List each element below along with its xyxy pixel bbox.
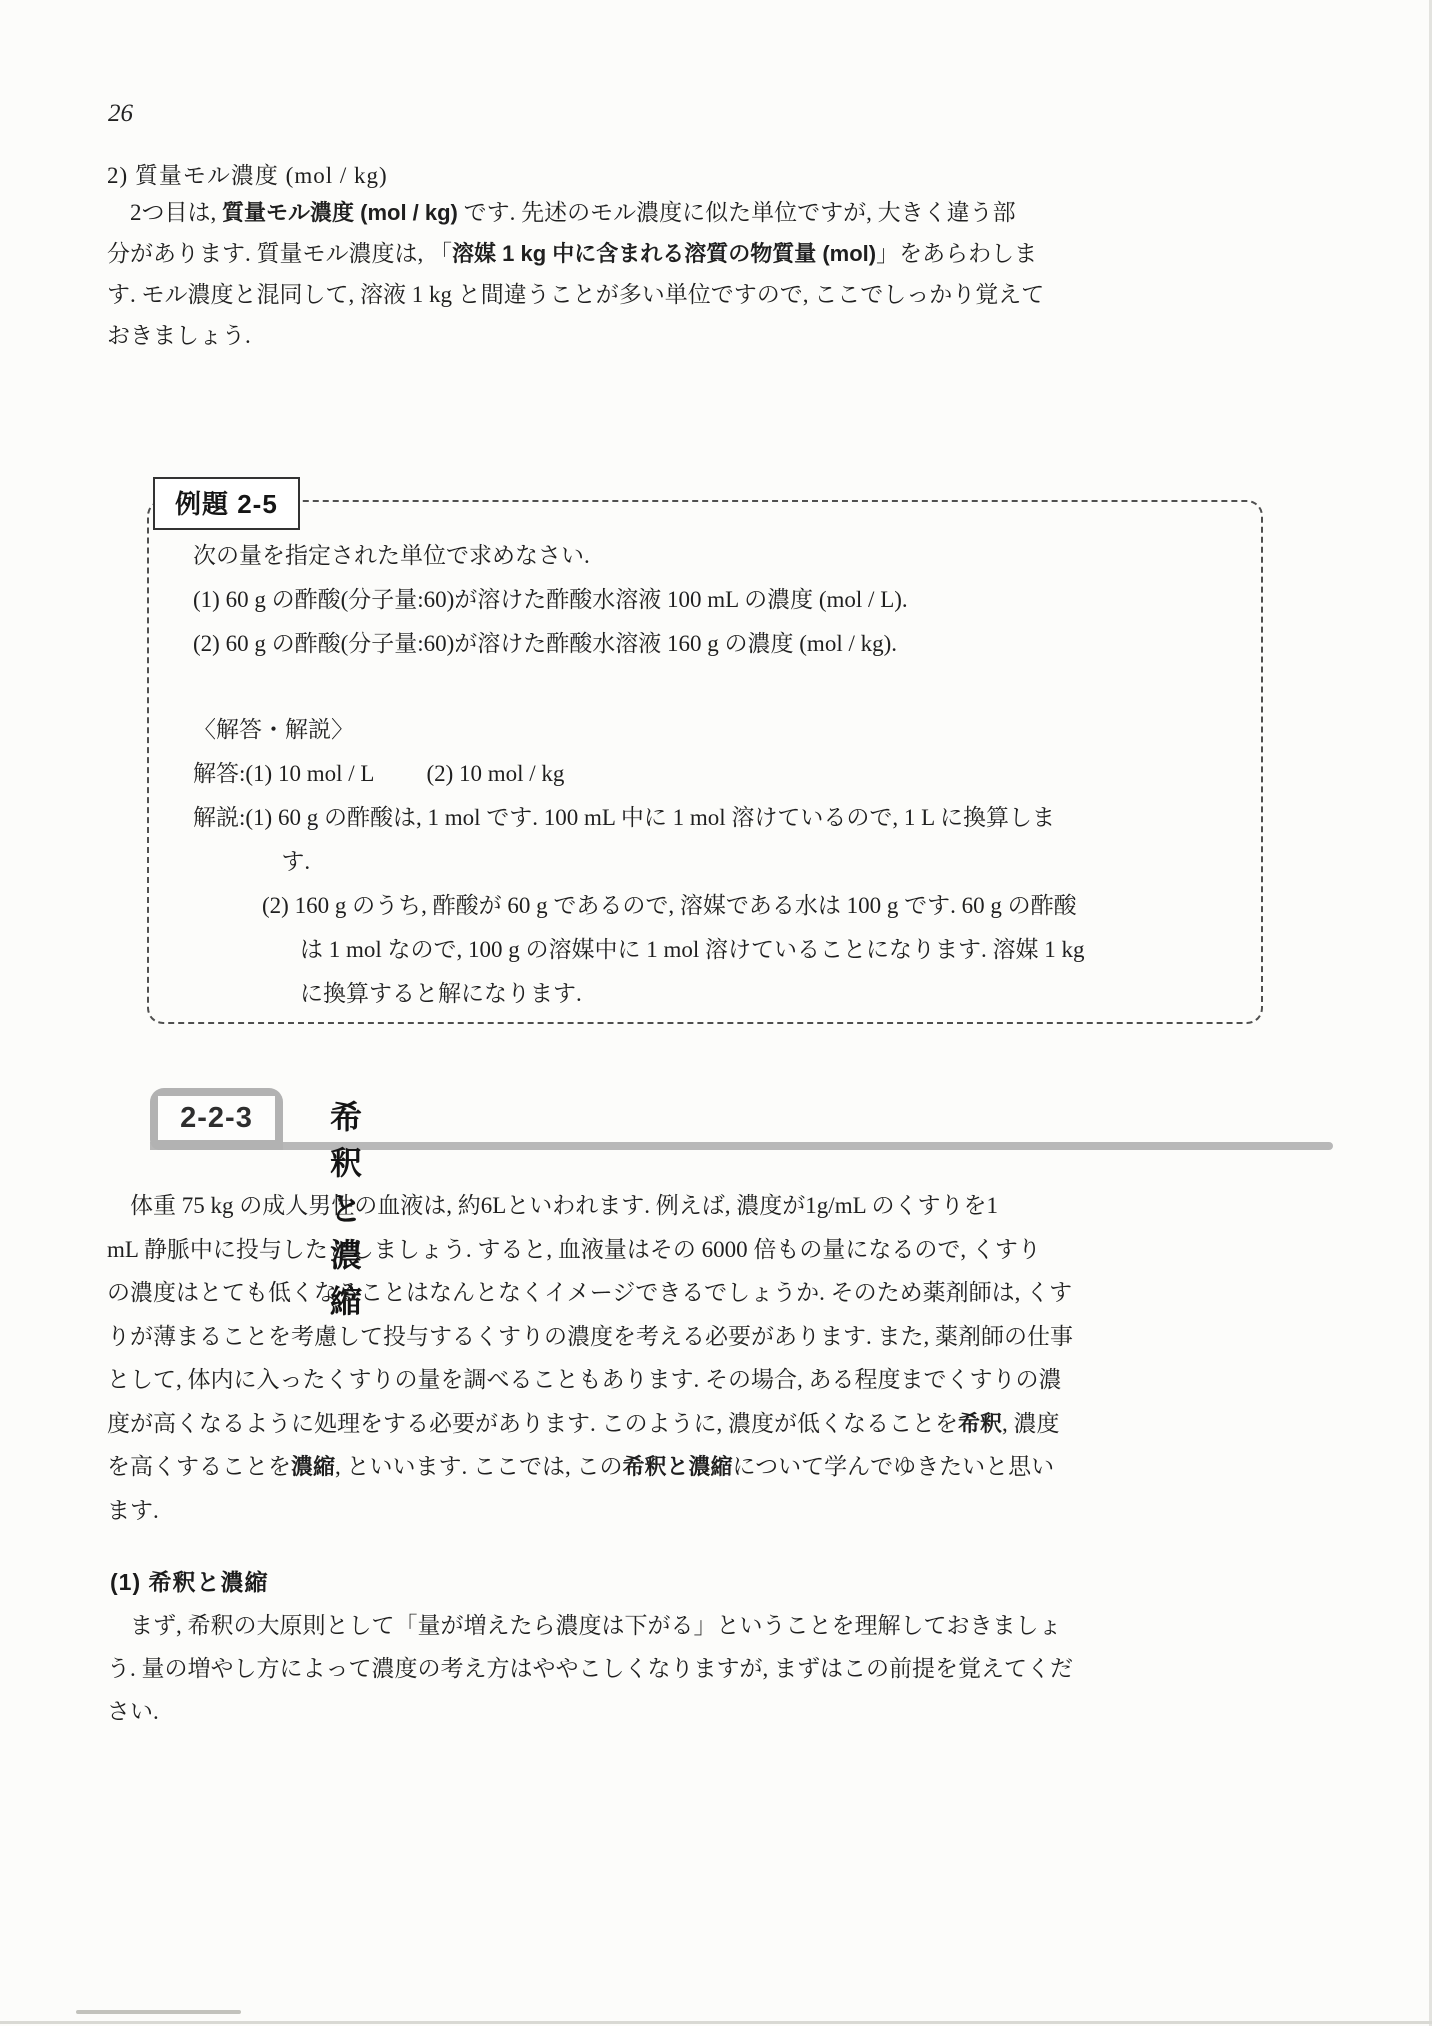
text-line: として, 体内に入ったくすりの量を調べることもあります. その場合, ある程度ま…: [107, 1358, 1337, 1402]
example-box-body: 次の量を指定された単位で求めなさい. (1) 60 g の酢酸(分子量:60)が…: [193, 534, 1225, 1016]
text-line: (1) 60 g の酢酸は, 1 mol です. 100 mL 中に 1 mol…: [245, 796, 1055, 840]
molality-heading: 2) 質量モル濃度 (mol / kg): [107, 157, 388, 190]
dilution-paragraph: 体重 75 kg の成人男性の血液は, 約6Lといわれます. 例えば, 濃度が1…: [107, 1184, 1337, 1532]
answer-1: (1) 10 mol / L: [245, 752, 374, 796]
text-line: (2) 160 g のうち, 酢酸が 60 g であるので, 溶媒である水は 1…: [262, 884, 1225, 928]
text-line: に換算すると解になります.: [300, 972, 1225, 1016]
answer-label: 解答:: [193, 752, 245, 796]
molality-paragraph: 2つ目は, 質量モル濃度 (mol / kg) です. 先述のモル濃度に似た単位…: [107, 192, 1337, 356]
text-line: さい.: [107, 1690, 1337, 1733]
example-box-2-5: 例題 2-5 次の量を指定された単位で求めなさい. (1) 60 g の酢酸(分…: [147, 500, 1263, 1024]
subsection-heading: (1) 希釈と濃縮: [110, 1564, 269, 1597]
text-line: りが薄まることを考慮して投与するくすりの濃度を考える必要があります. また, 薬…: [107, 1315, 1337, 1359]
example-question-2: (2) 60 g の酢酸(分子量:60)が溶けた酢酸水溶液 160 g の濃度 …: [193, 622, 1225, 666]
textbook-page: 26 2) 質量モル濃度 (mol / kg) 2つ目は, 質量モル濃度 (mo…: [0, 0, 1432, 2026]
text-line: う. 量の増やし方によって濃度の考え方はややこしくなりますが, まずはこの前提を…: [107, 1647, 1337, 1690]
page-number: 26: [108, 100, 133, 128]
section-number-badge: 2-2-3: [150, 1088, 283, 1150]
text-line: す. モル濃度と混同して, 溶液 1 kg と間違うことが多い単位ですので, こ…: [107, 274, 1337, 315]
text-line: ます.: [107, 1489, 1337, 1533]
page-edge-shadow-bottom: [0, 2021, 1432, 2024]
explanation-label: 解説:: [193, 796, 245, 840]
answer-2: (2) 10 mol / kg: [426, 752, 564, 796]
text-line: の濃度はとても低くなることはなんとなくイメージできるでしょうか. そのため薬剤師…: [107, 1271, 1337, 1315]
section-underline: [150, 1142, 1333, 1150]
text-line: す.: [281, 840, 1055, 884]
text-line: 度が高くなるように処理をする必要があります. このように, 濃度が低くなることを…: [107, 1402, 1337, 1446]
text-line: 体重 75 kg の成人男性の血液は, 約6Lといわれます. 例えば, 濃度が1…: [107, 1184, 1337, 1228]
text-line: は 1 mol なので, 100 g の溶媒中に 1 mol 溶けていることにな…: [300, 928, 1225, 972]
text-line: を高くすることを濃縮, といいます. ここでは, この希釈と濃縮について学んでゆ…: [107, 1445, 1337, 1489]
text-line: mL 静脈中に投与したとしましょう. すると, 血液量はその 6000 倍もの量…: [107, 1228, 1337, 1272]
explanation-2: (2) 160 g のうち, 酢酸が 60 g であるので, 溶媒である水は 1…: [262, 884, 1225, 1016]
solution-header: 〈解答・解説〉: [193, 708, 1225, 752]
example-label: 例題 2-5: [153, 477, 300, 530]
text-line: まず, 希釈の大原則として「量が増えたら濃度は下がる」ということを理解しておきま…: [107, 1604, 1337, 1647]
text-line: 分があります. 質量モル濃度は, 「溶媒 1 kg 中に含まれる溶質の物質量 (…: [107, 233, 1337, 274]
text-line: 2つ目は, 質量モル濃度 (mol / kg) です. 先述のモル濃度に似た単位…: [107, 192, 1337, 233]
explanation-1: (1) 60 g の酢酸は, 1 mol です. 100 mL 中に 1 mol…: [245, 796, 1055, 884]
answer-row: 解答: (1) 10 mol / L (2) 10 mol / kg: [193, 752, 1225, 796]
example-prompt: 次の量を指定された単位で求めなさい.: [193, 534, 1225, 578]
section-number: 2-2-3: [158, 1096, 275, 1140]
scan-artifact: [76, 2010, 241, 2014]
text-line: おきましょう.: [107, 315, 1337, 356]
example-question-1: (1) 60 g の酢酸(分子量:60)が溶けた酢酸水溶液 100 mL の濃度…: [193, 578, 1225, 622]
subsection-paragraph: まず, 希釈の大原則として「量が増えたら濃度は下がる」ということを理解しておきま…: [107, 1604, 1337, 1733]
explanation-row: 解説: (1) 60 g の酢酸は, 1 mol です. 100 mL 中に 1…: [193, 796, 1225, 884]
